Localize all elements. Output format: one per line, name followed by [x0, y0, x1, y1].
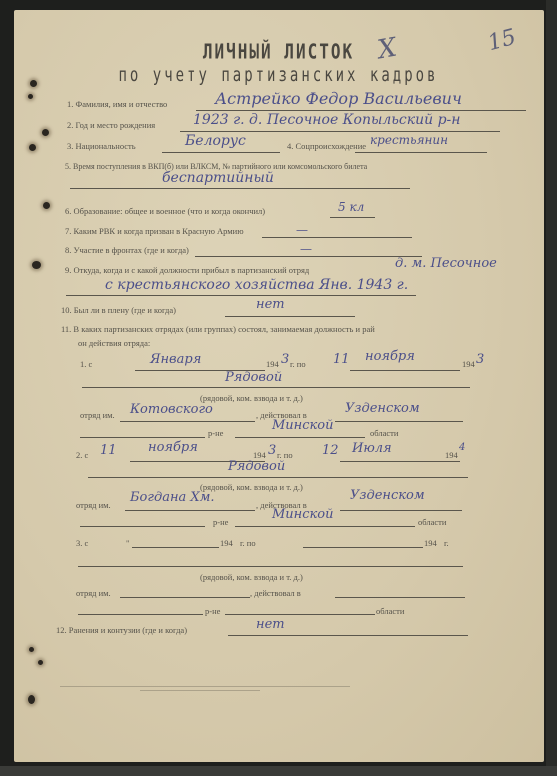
document-subtitle: по учету партизанских кадров [0, 66, 557, 87]
entry-3-to-label: г. по [240, 538, 256, 548]
entry-2-number: 2. с [76, 450, 88, 460]
entry-1-district-label: р-не [208, 428, 223, 438]
field-1-line [196, 110, 526, 111]
entry-3-from-line [132, 547, 219, 548]
entry-3-region-label: области [376, 606, 404, 616]
field-6-value: 5 кл [338, 200, 364, 214]
field-2-line [180, 131, 500, 132]
field-3-line [162, 152, 280, 153]
punch-hole [28, 94, 33, 99]
field-10-label: 10. Был ли в плену (где и когда) [61, 305, 176, 315]
entry-2-from-month: ноября [148, 440, 198, 455]
entry-3-region-line [225, 614, 375, 615]
punch-hole [28, 695, 35, 704]
field-6-label: 6. Образование: общее и военное (что и к… [65, 206, 265, 216]
entry-1-detachment: Котовского [130, 402, 213, 417]
entry-1-district: Узденском [345, 401, 420, 416]
entry-2-from-day: 11 [100, 443, 117, 458]
field-9-value-line2: с крестьянского хозяйства Янв. 1943 г. [105, 277, 408, 293]
entry-1-to-label: г. по [290, 359, 306, 369]
field-11-label-2: он действия отряда: [78, 338, 150, 348]
field-10-value: нет [256, 297, 285, 312]
entry-3-to-g: г. [444, 538, 449, 548]
entry-3-district-label: р-не [205, 606, 220, 616]
entry-3-position-line [78, 566, 463, 567]
field-11-label-1: 11. В каких партизанских отрядах (или гр… [61, 324, 375, 334]
entry-2-detachment: Богдана Хм. [130, 490, 215, 505]
bleed-through-mark [60, 686, 350, 687]
field-12-label: 12. Ранения и контузии (где и когда) [56, 625, 187, 635]
field-8-line [195, 256, 422, 257]
field-4-line [355, 152, 487, 153]
entry-3-district-line [335, 597, 465, 598]
field-2-label: 2. Год и место рождения [67, 120, 155, 130]
punch-hole [29, 144, 36, 151]
punch-hole [43, 202, 50, 209]
entry-1-number: 1. с [80, 359, 92, 369]
entry-2-to-year: 194 [445, 450, 458, 460]
field-3-value: Белорус [185, 133, 246, 149]
entry-1-position-line [82, 387, 470, 388]
field-9-label: 9. Откуда, когда и с какой должности при… [65, 265, 309, 275]
entry-1-to-month: ноября [365, 349, 415, 364]
field-5-value: беспартийный [162, 170, 274, 186]
entry-1-region-line [235, 437, 365, 438]
field-7-value: — [296, 223, 308, 237]
field-4-label: 4. Соцпроисхождение [287, 141, 366, 151]
entry-1-from-year: 194 [266, 359, 279, 369]
entry-1-district-line [335, 421, 463, 422]
entry-3-detachment-label: отряд им. [76, 588, 111, 598]
entry-3-position-caption: (рядовой, ком. взвода и т. д.) [200, 572, 303, 582]
entry-2-region-label: области [418, 517, 446, 527]
entry-2-region: Минской [272, 507, 334, 522]
entry-1-position: Рядовой [225, 370, 282, 385]
entry-2-to-line [340, 461, 460, 462]
bleed-through-mark [140, 690, 260, 691]
field-2-value: 1923 г. д. Песочное Копыльский р-н [193, 112, 461, 128]
entry-3-to-year: 194 [424, 538, 437, 548]
entry-2-from-year-hand: 3 [268, 443, 276, 458]
field-9-value-line1: д. м. Песочное [395, 256, 497, 271]
entry-2-to-month: Июля [352, 441, 392, 456]
entry-3-detachment-line [120, 597, 250, 598]
entry-2-detachment-line [125, 510, 255, 511]
field-8-value: — [300, 242, 312, 256]
document-title: ЛИЧНЫЙ ЛИСТОК [0, 39, 557, 64]
entry-1-region: Минской [272, 418, 334, 433]
entry-2-to-day: 12 [322, 443, 339, 458]
entry-2-district: Узденском [350, 488, 425, 503]
field-3-label: 3. Национальность [67, 141, 136, 151]
entry-3-rn-line [78, 614, 203, 615]
scan-border-right [546, 0, 557, 776]
field-9-line [66, 295, 416, 296]
field-1-value: Астрейко Федор Васильевич [215, 89, 462, 108]
entry-2-position: Рядовой [228, 459, 285, 474]
field-10-line [225, 316, 355, 317]
entry-2-region-line [235, 526, 415, 527]
entry-1-rn-line [80, 437, 205, 438]
punch-hole [42, 129, 49, 136]
punch-hole [29, 647, 34, 652]
punch-hole [32, 261, 41, 269]
entry-1-to-day: 11 [333, 352, 350, 367]
entry-1-to-year-hand: 3 [476, 352, 484, 367]
entry-3-to-line [303, 547, 423, 548]
field-8-label: 8. Участие в фронтах (где и когда) [65, 245, 189, 255]
entry-1-detachment-line [120, 421, 255, 422]
punch-hole [38, 660, 43, 665]
entry-1-from-month: Января [150, 352, 201, 367]
field-4-value: крестьянин [370, 133, 448, 147]
entry-3-quote: " [126, 538, 129, 548]
entry-1-position-caption: (рядовой, ком. взвода и т. д.) [200, 393, 303, 403]
entry-2-district-label: р-не [213, 517, 228, 527]
entry-2-position-line [88, 477, 468, 478]
field-12-line [228, 635, 468, 636]
entry-2-rn-line [80, 526, 205, 527]
entry-3-number: 3. с [76, 538, 88, 548]
field-7-line [262, 237, 412, 238]
entry-1-region-label: области [370, 428, 398, 438]
entry-1-detachment-label: отряд им. [80, 410, 115, 420]
entry-2-to-year-hand: 4 [459, 442, 465, 453]
field-7-label: 7. Каким РВК и когда призван в Красную А… [65, 226, 244, 236]
scan-border-bottom [0, 766, 557, 776]
entry-1-from-year-hand: 3 [281, 352, 289, 367]
entry-1-to-line [350, 370, 460, 371]
entry-3-acted-label: , действовал в [250, 588, 301, 598]
field-12-value: нет [256, 617, 285, 632]
field-5-line [70, 188, 410, 189]
entry-3-from-year: 194 [220, 538, 233, 548]
entry-2-district-line [340, 510, 462, 511]
entry-1-to-year: 194 [462, 359, 475, 369]
entry-2-position-caption: (рядовой, ком. взвода и т. д.) [200, 482, 303, 492]
field-6-line [330, 217, 375, 218]
field-1-label: 1. Фамилия, имя и отчество [67, 99, 167, 109]
entry-2-detachment-label: отряд им. [76, 500, 111, 510]
